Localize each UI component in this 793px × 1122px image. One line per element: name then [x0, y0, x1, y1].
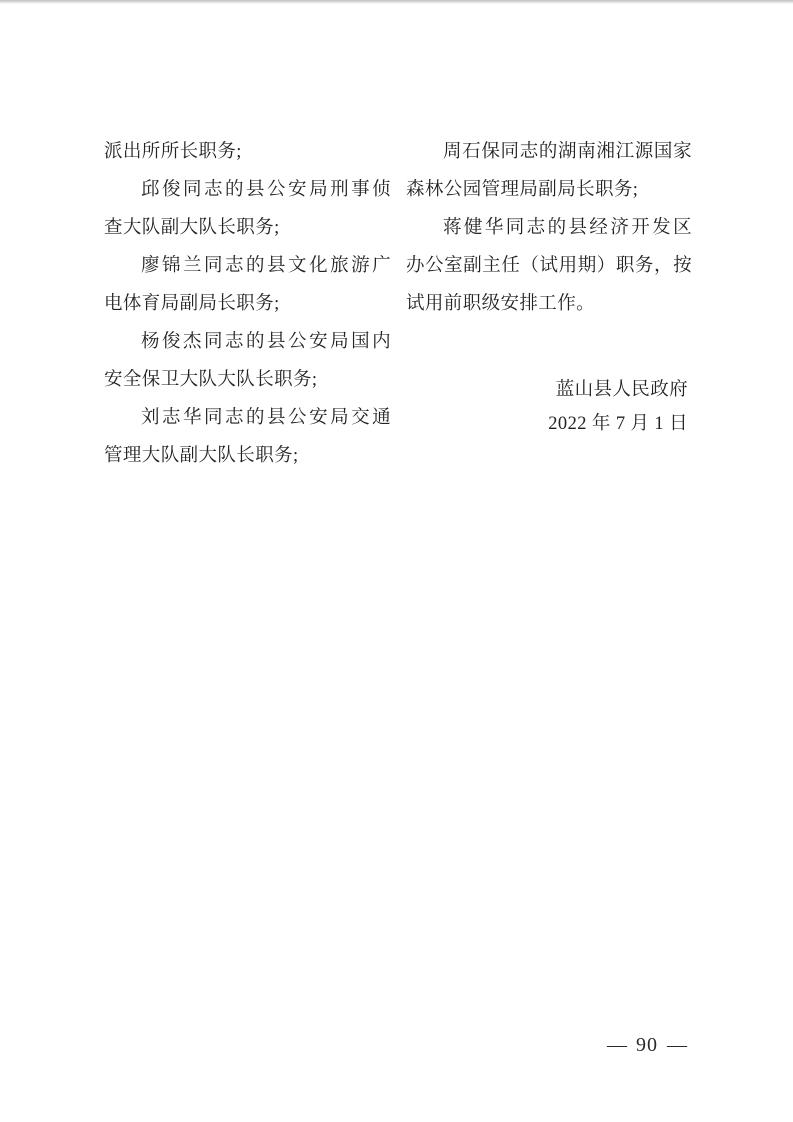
right-column: 周石保同志的湖南湘江源国家 森林公园管理局副局长职务; 蒋健华同志的县经济开发区…: [406, 133, 692, 323]
signature-block: 蓝山县人民政府 2022 年 7 月 1 日: [548, 380, 688, 434]
footer-dash-left: —: [607, 1036, 627, 1054]
text-line: 管理大队副大队长职务;: [104, 437, 391, 475]
footer-dash-right: —: [667, 1036, 687, 1054]
text-line: 试用前职级安排工作。: [406, 285, 692, 323]
text-line: 办公室副主任（试用期）职务，按: [406, 247, 692, 285]
signature-date: 2022 年 7 月 1 日: [548, 414, 688, 434]
text-line: 派出所所长职务;: [104, 133, 391, 171]
text-line: 电体育局副局长职务;: [104, 285, 391, 323]
page-number: 90: [636, 1036, 658, 1054]
document-page: 派出所所长职务; 邱俊同志的县公安局刑事侦 查大队副大队长职务; 廖锦兰同志的县…: [0, 0, 793, 1122]
text-line: 安全保卫大队大队长职务;: [104, 361, 391, 399]
text-line: 蒋健华同志的县经济开发区: [406, 209, 692, 247]
signature-organization: 蓝山县人民政府: [548, 380, 688, 400]
left-column: 派出所所长职务; 邱俊同志的县公安局刑事侦 查大队副大队长职务; 廖锦兰同志的县…: [104, 133, 391, 475]
text-line: 森林公园管理局副局长职务;: [406, 171, 692, 209]
text-line: 廖锦兰同志的县文化旅游广: [104, 247, 391, 285]
page-number-footer: — 90 —: [607, 1036, 687, 1054]
text-line: 查大队副大队长职务;: [104, 209, 391, 247]
text-line: 杨俊杰同志的县公安局国内: [104, 323, 391, 361]
text-line: 邱俊同志的县公安局刑事侦: [104, 171, 391, 209]
scan-edge-top: [0, 0, 793, 4]
text-line: 刘志华同志的县公安局交通: [104, 399, 391, 437]
text-line: 周石保同志的湖南湘江源国家: [406, 133, 692, 171]
